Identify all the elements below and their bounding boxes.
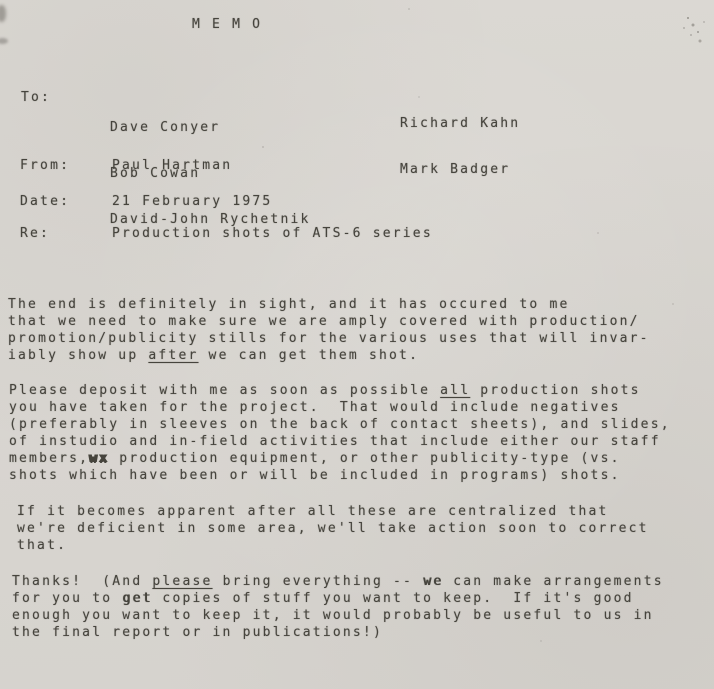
text-line: iably show up after we can get them shot… (8, 348, 650, 365)
body-paragraph-4: Thanks! (And please bring everything -- … (12, 574, 664, 642)
text-line: enough you want to keep it, it would pro… (12, 608, 664, 625)
date-value: 21 February 1975 (112, 194, 272, 209)
text-line: Thanks! (And please bring everything -- … (12, 574, 664, 591)
body-paragraph-3: If it becomes apparent after all these a… (17, 504, 649, 555)
text-line: (preferably in sleeves on the back of co… (9, 417, 671, 434)
scan-smudge (0, 5, 6, 22)
from-label: From: (20, 158, 70, 173)
text-line: shots which have been or will be include… (9, 468, 671, 485)
to-recipient: Richard Kahn (400, 116, 520, 132)
re-value: Production shots of ATS-6 series (112, 226, 433, 241)
re-label: Re: (20, 226, 50, 241)
to-recipient: Mark Badger (400, 162, 520, 178)
scan-smudge (0, 38, 8, 44)
body-paragraph-1: The end is definitely in sight, and it h… (8, 297, 650, 365)
text-line: the final report or in publications!) (12, 625, 664, 642)
text-line: If it becomes apparent after all these a… (17, 504, 649, 521)
text-line: of instudio and in-field activities that… (9, 434, 671, 451)
memo-page: M E M O To: Dave Conyer Bob Cowan David-… (0, 0, 714, 689)
date-label: Date: (20, 194, 70, 209)
memo-title: M E M O (192, 17, 262, 32)
text-line: that we need to make sure we are amply c… (8, 314, 650, 331)
text-line: The end is definitely in sight, and it h… (8, 297, 650, 314)
text-line: you have taken for the project. That wou… (9, 400, 671, 417)
scan-speckles (0, 0, 2, 2)
text-line: Please deposit with me as soon as possib… (9, 383, 671, 400)
to-recipient: Dave Conyer (110, 120, 311, 136)
to-label: To: (21, 90, 51, 105)
text-line: promotion/publicity stills for the vario… (8, 331, 650, 348)
from-value: Paul Hartman (112, 158, 232, 173)
text-line: that. (17, 538, 649, 555)
text-line: for you to get copies of stuff you want … (12, 591, 664, 608)
to-recipient-list-secondary: Richard Kahn Mark Badger (400, 86, 520, 208)
text-line: we're deficient in some area, we'll take… (17, 521, 649, 538)
text-line: members,wx production equipment, or othe… (9, 451, 671, 468)
body-paragraph-2: Please deposit with me as soon as possib… (9, 383, 671, 485)
